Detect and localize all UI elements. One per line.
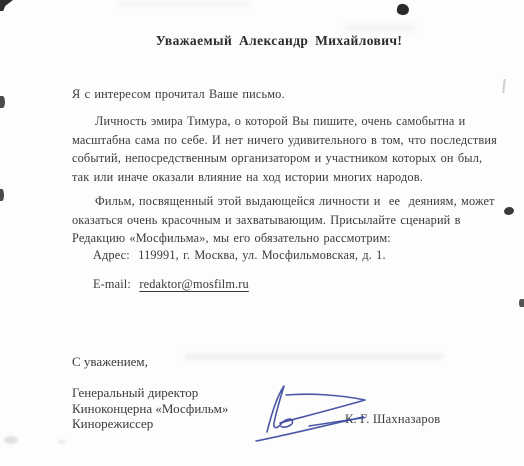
paragraph-line: масштабна сама по себе. И нет ничего уди…	[72, 131, 497, 150]
paragraph-timur: Личность эмира Тимура, о которой Вы пиши…	[72, 112, 497, 186]
paragraph-line: так или иначе оказали влияние на ход ист…	[72, 168, 497, 187]
scan-smudge	[185, 354, 443, 359]
paragraph-film: Фильм, посвященный этой выдающейся лично…	[72, 192, 495, 248]
signer-title-line: Генеральный директор	[72, 385, 228, 401]
handwritten-signature-icon	[253, 382, 368, 444]
paragraph-line: Редакцию «Мосфильма», мы его обязательно…	[72, 229, 495, 248]
address-label: Адрес:	[93, 248, 130, 262]
scan-speck	[0, 189, 4, 201]
paragraph-line: Личность эмира Тимура, о которой Вы пиши…	[72, 112, 497, 131]
scan-speck	[503, 206, 514, 216]
email-line: E-mail: redaktor@mosfilm.ru	[93, 277, 249, 292]
signer-titles: Генеральный директор Киноконцерна «Мосфи…	[72, 385, 228, 432]
address-line: Адрес: 119991, г. Москва, ул. Мосфильмов…	[93, 248, 386, 263]
paragraph-intro: Я с интересом прочитал Ваше письмо.	[72, 85, 285, 104]
paragraph-line: Я с интересом прочитал Ваше письмо.	[72, 87, 285, 101]
scan-speck	[502, 79, 505, 93]
scan-smudge	[58, 440, 66, 444]
signer-title-line: Кинорежиссер	[72, 416, 228, 432]
scan-smudge	[4, 436, 18, 444]
scan-smudge	[345, 24, 415, 32]
scan-speck	[396, 3, 410, 16]
signer-title-line: Киноконцерна «Мосфильм»	[72, 401, 228, 417]
letter-page: Уважаемый Александр Михайлович! Я с инте…	[0, 0, 524, 466]
address-value: 119991, г. Москва, ул. Мосфильмовская, д…	[138, 248, 385, 262]
closing-phrase: С уважением,	[72, 354, 148, 370]
scan-speck	[519, 299, 524, 307]
paragraph-line: событий, непосредственным организатором …	[72, 149, 497, 168]
email-value: redaktor@mosfilm.ru	[139, 277, 248, 291]
salutation: Уважаемый Александр Михайлович!	[59, 33, 499, 49]
paragraph-line: оказаться очень красочным и захватывающи…	[72, 211, 495, 230]
paragraph-line: Фильм, посвященный этой выдающейся лично…	[72, 192, 495, 211]
scan-speck	[0, 0, 13, 11]
email-label: E-mail:	[93, 277, 131, 291]
scan-speck	[0, 96, 5, 108]
scan-smudge	[118, 1, 248, 6]
